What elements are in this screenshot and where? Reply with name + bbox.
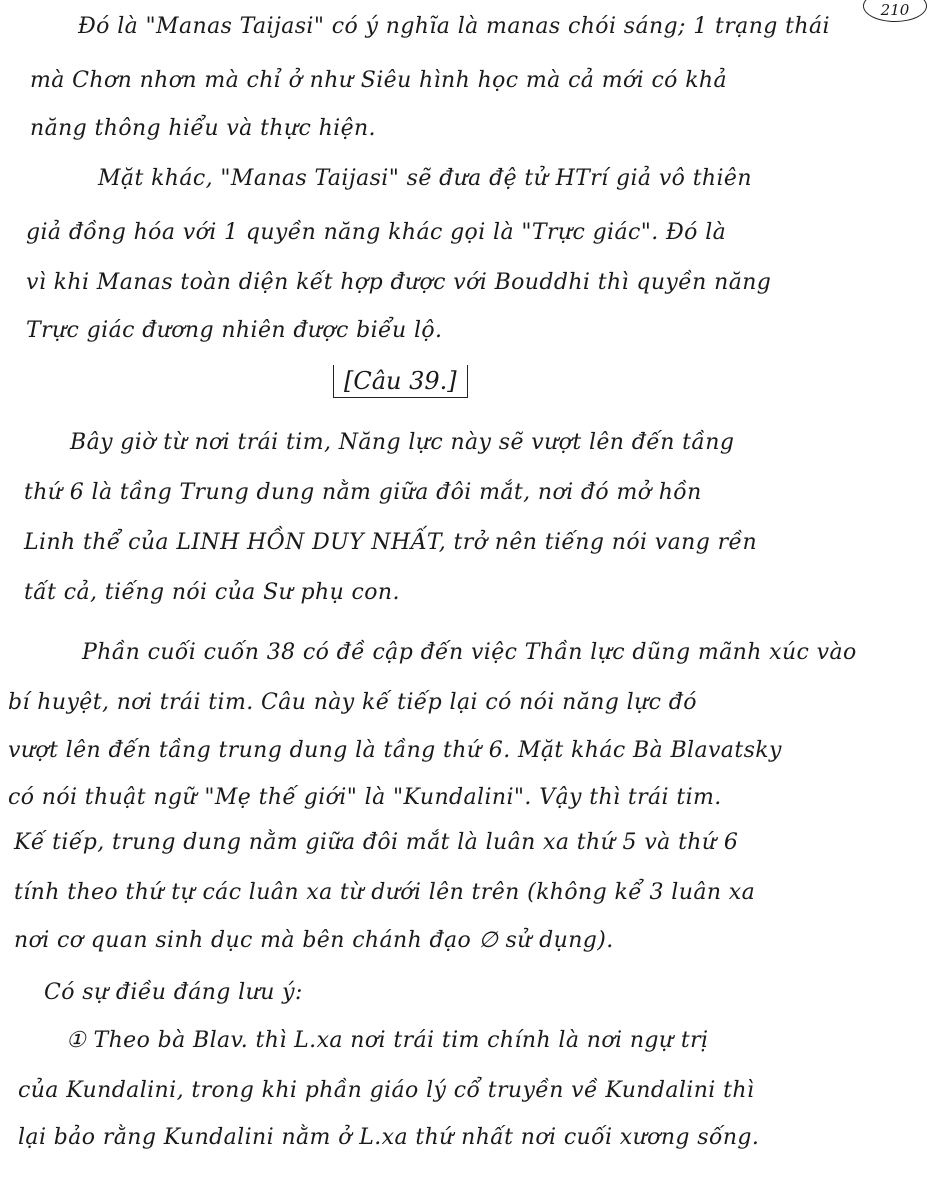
text-line: Linh thể của LINH HỒN DUY NHẤT, trở nên … [24,530,757,555]
text-line: bí huyệt, nơi trái tim. Câu này kế tiếp … [8,690,697,715]
text-line: vì khi Manas toàn diện kết hợp được với … [26,270,771,295]
text-line: thứ 6 là tầng Trung dung nằm giữa đôi mắ… [24,480,702,505]
text-line: giả đồng hóa với 1 quyền năng khác gọi l… [26,220,726,245]
text-line: mà Chơn nhơn mà chỉ ở như Siêu hình học … [30,68,727,93]
text-line: tính theo thứ tự các luân xa từ dưới lên… [14,880,755,905]
handwritten-page: 210 Đó là "Manas Taijasi" có ý nghĩa là … [0,0,931,1181]
text-line: Có sự điều đáng lưu ý: [44,980,303,1005]
text-line: Phần cuối cuốn 38 có đề cập đến việc Thầ… [82,640,857,665]
text-line: vượt lên đến tầng trung dung là tầng thứ… [8,738,782,763]
text-line: Kế tiếp, trung dung nằm giữa đôi mắt là … [14,830,738,855]
text-line: tất cả, tiếng nói của Sư phụ con. [24,580,400,605]
text-line: Đó là "Manas Taijasi" có ý nghĩa là mana… [78,14,830,39]
text-line: lại bảo rằng Kundalini nằm ở L.xa thứ nh… [18,1125,759,1150]
text-line: của Kundalini, trong khi phần giáo lý cổ… [18,1078,754,1103]
section-heading: [Câu 39.] [333,365,468,398]
text-line: năng thông hiểu và thực hiện. [30,116,376,141]
text-line: Mặt khác, "Manas Taijasi" sẽ đưa đệ tử H… [98,166,752,191]
text-line: ① Theo bà Blav. thì L.xa nơi trái tim ch… [66,1028,708,1053]
text-line: nơi cơ quan sinh dục mà bên chánh đạo ∅ … [14,928,614,953]
text-line: Bây giờ từ nơi trái tim, Năng lực này sẽ… [70,430,734,455]
page-number: 210 [863,0,927,22]
text-line: Trực giác đương nhiên được biểu lộ. [26,318,442,343]
text-line: có nói thuật ngữ "Mẹ thế giới" là "Kunda… [8,785,722,810]
